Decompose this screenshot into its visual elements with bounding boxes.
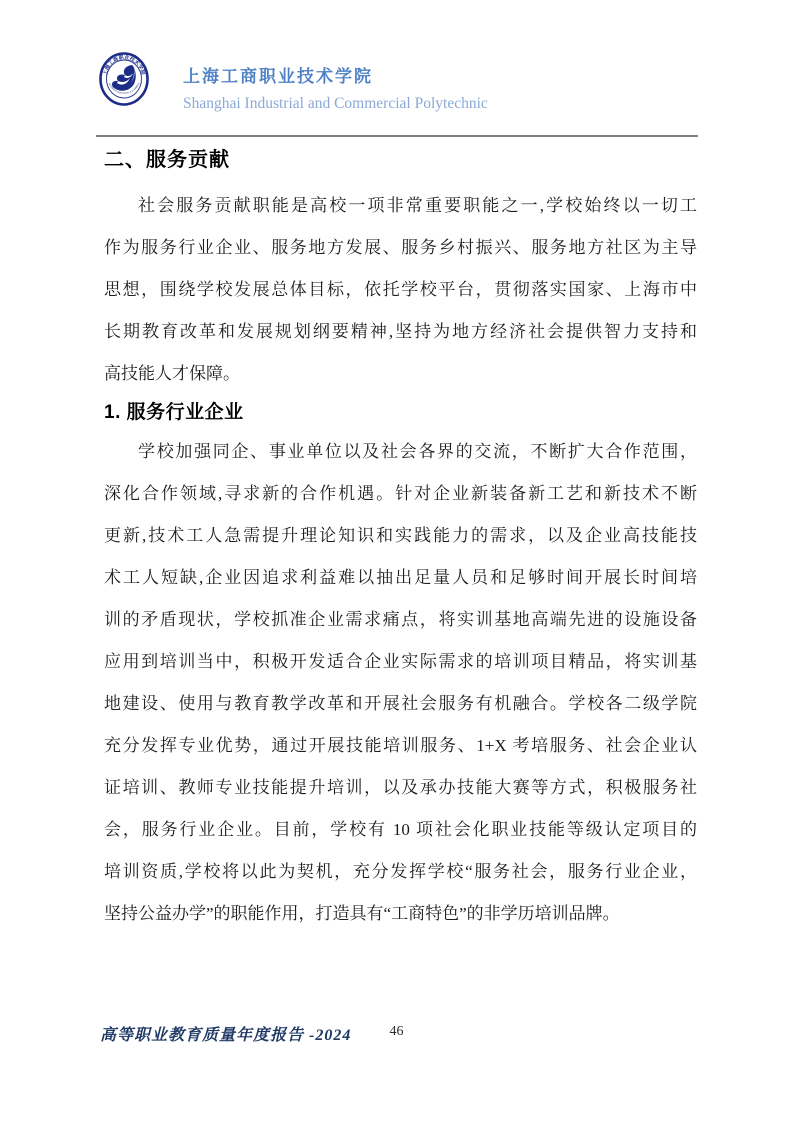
- document-body: 二、服务贡献 社会服务贡献职能是高校一项非常重要职能之一,学校始终以一切工作为服…: [104, 148, 697, 935]
- paragraph-line: 坚持公益办学”的职能作用，打造具有“工商特色”的非学历培训品牌。: [104, 893, 697, 935]
- paragraph-line: 学校加强同企、事业单位以及社会各界的交流，不断扩大合作范围，: [104, 431, 697, 473]
- paragraph-line: 训的矛盾现状，学校抓准企业需求痛点，将实训基地高端先进的设施设备: [104, 599, 697, 641]
- section-heading: 二、服务贡献: [104, 148, 697, 172]
- paragraph-line: 思想，围绕学校发展总体目标，依托学校平台，贯彻落实国家、上海市中: [104, 269, 697, 311]
- page-number: 46: [0, 1024, 793, 1040]
- header-divider-line: [96, 135, 698, 137]
- subsection-heading: 1. 服务行业企业: [104, 401, 697, 425]
- school-name-chinese: 上海工商职业技术学院: [183, 62, 488, 87]
- document-page: 上海工商职业技术学院 SHANGHAI INDUSTRIAL & COMMERC…: [0, 0, 793, 1122]
- paragraph-line: 会，服务行业企业。目前，学校有 10 项社会化职业技能等级认定项目的: [104, 809, 697, 851]
- paragraph-line: 术工人短缺,企业因追求利益难以抽出足量人员和足够时间开展长时间培: [104, 557, 697, 599]
- school-name-english: Shanghai Industrial and Commercial Polyt…: [183, 95, 488, 113]
- paragraph-line: 应用到培训当中，积极开发适合企业实际需求的培训项目精品，将实训基: [104, 641, 697, 683]
- paragraph-line: 培训资质,学校将以此为契机，充分发挥学校“服务社会，服务行业企业，: [104, 851, 697, 893]
- paragraph-line: 深化合作领域,寻求新的合作机遇。针对企业新装备新工艺和新技术不断: [104, 473, 697, 515]
- page-footer: 高等职业教育质量年度报告 -2024 46: [0, 1022, 793, 1046]
- paragraph-serving-industry: 学校加强同企、事业单位以及社会各界的交流，不断扩大合作范围，深化合作领域,寻求新…: [104, 431, 697, 935]
- header-titles: 上海工商职业技术学院 Shanghai Industrial and Comme…: [183, 62, 488, 113]
- school-logo-icon: 上海工商职业技术学院 SHANGHAI INDUSTRIAL & COMMERC…: [99, 52, 149, 106]
- paragraph-line: 社会服务贡献职能是高校一项非常重要职能之一,学校始终以一切工: [104, 185, 697, 227]
- paragraph-line: 长期教育改革和发展规划纲要精神,坚持为地方经济社会提供智力支持和: [104, 311, 697, 353]
- paragraph-line: 作为服务行业企业、服务地方发展、服务乡村振兴、服务地方社区为主导: [104, 227, 697, 269]
- paragraph-line: 地建设、使用与教育教学改革和开展社会服务有机融合。学校各二级学院: [104, 683, 697, 725]
- paragraph-line: 高技能人才保障。: [104, 353, 697, 395]
- paragraph-line: 充分发挥专业优势，通过开展技能培训服务、1+X 考培服务、社会企业认: [104, 725, 697, 767]
- paragraph-line: 证培训、教师专业技能提升培训，以及承办技能大赛等方式，积极服务社: [104, 767, 697, 809]
- paragraph-service-contribution: 社会服务贡献职能是高校一项非常重要职能之一,学校始终以一切工作为服务行业企业、服…: [104, 185, 697, 395]
- paragraph-line: 更新,技术工人急需提升理论知识和实践能力的需求，以及企业高技能技: [104, 515, 697, 557]
